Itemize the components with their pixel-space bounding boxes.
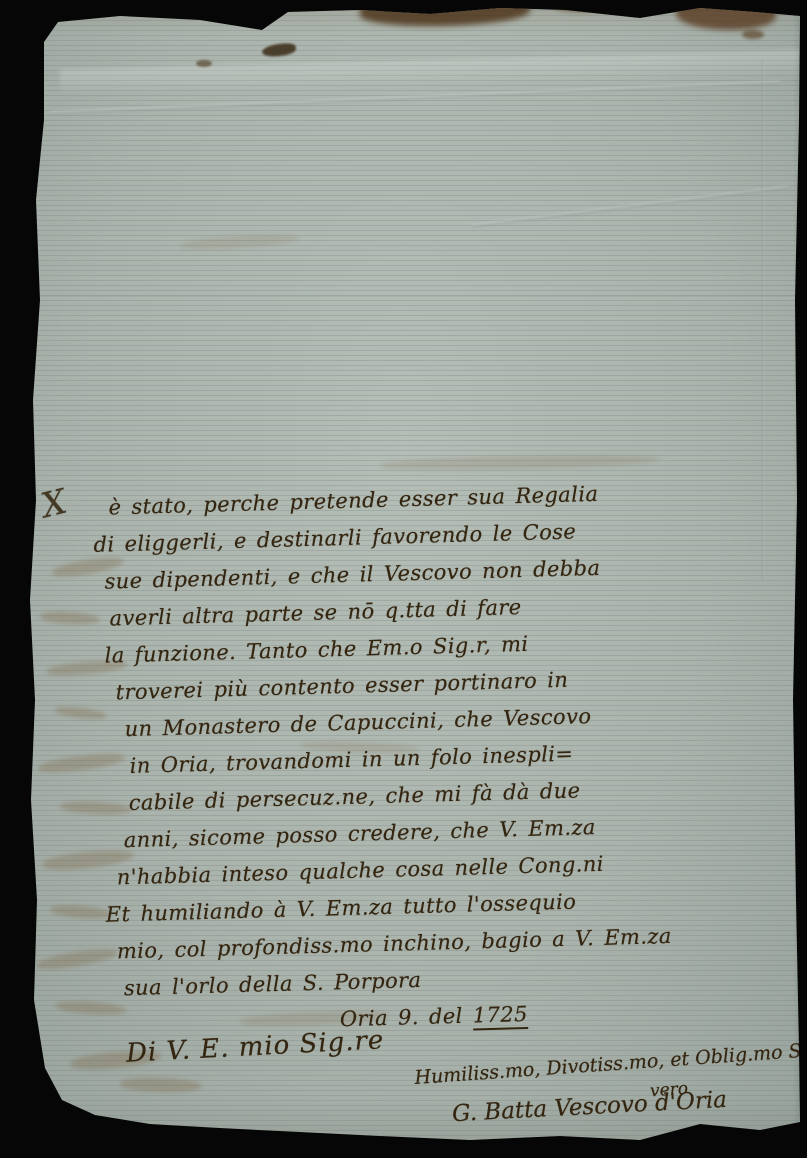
- ink-smudge: [196, 60, 212, 67]
- ink-stain-top-small: [552, 0, 612, 12]
- bleedthrough-mark: [120, 1076, 203, 1094]
- crease-line-top-right: [471, 186, 789, 228]
- crease-line-top: [50, 81, 779, 115]
- paper-sheet: X è stato, perche pretende esser sua Reg…: [0, 0, 807, 1158]
- fold-line-middle: [36, 296, 796, 298]
- signature: G. Batta Vescovo d'Oria: [452, 1087, 728, 1127]
- ink-smudge: [742, 30, 764, 39]
- bleedthrough-mark: [40, 609, 101, 626]
- ink-stain-top-right: [676, 0, 776, 30]
- bleedthrough-mark: [180, 233, 300, 251]
- ink-stain-top: [360, 0, 530, 26]
- bleedthrough-mark: [380, 454, 660, 472]
- manuscript-text-block: è stato, perche pretende esser sua Regal…: [90, 471, 795, 1045]
- scan-background: X è stato, perche pretende esser sua Reg…: [0, 0, 807, 1158]
- ink-smudge: [261, 42, 296, 57]
- dateline-year: 1725: [472, 1002, 528, 1031]
- margin-mark: X: [38, 482, 71, 527]
- closing-formula: Humiliss.mo, Divotiss.mo, et Oblig.mo Se…: [414, 1037, 807, 1089]
- crease-highlight: [60, 50, 800, 95]
